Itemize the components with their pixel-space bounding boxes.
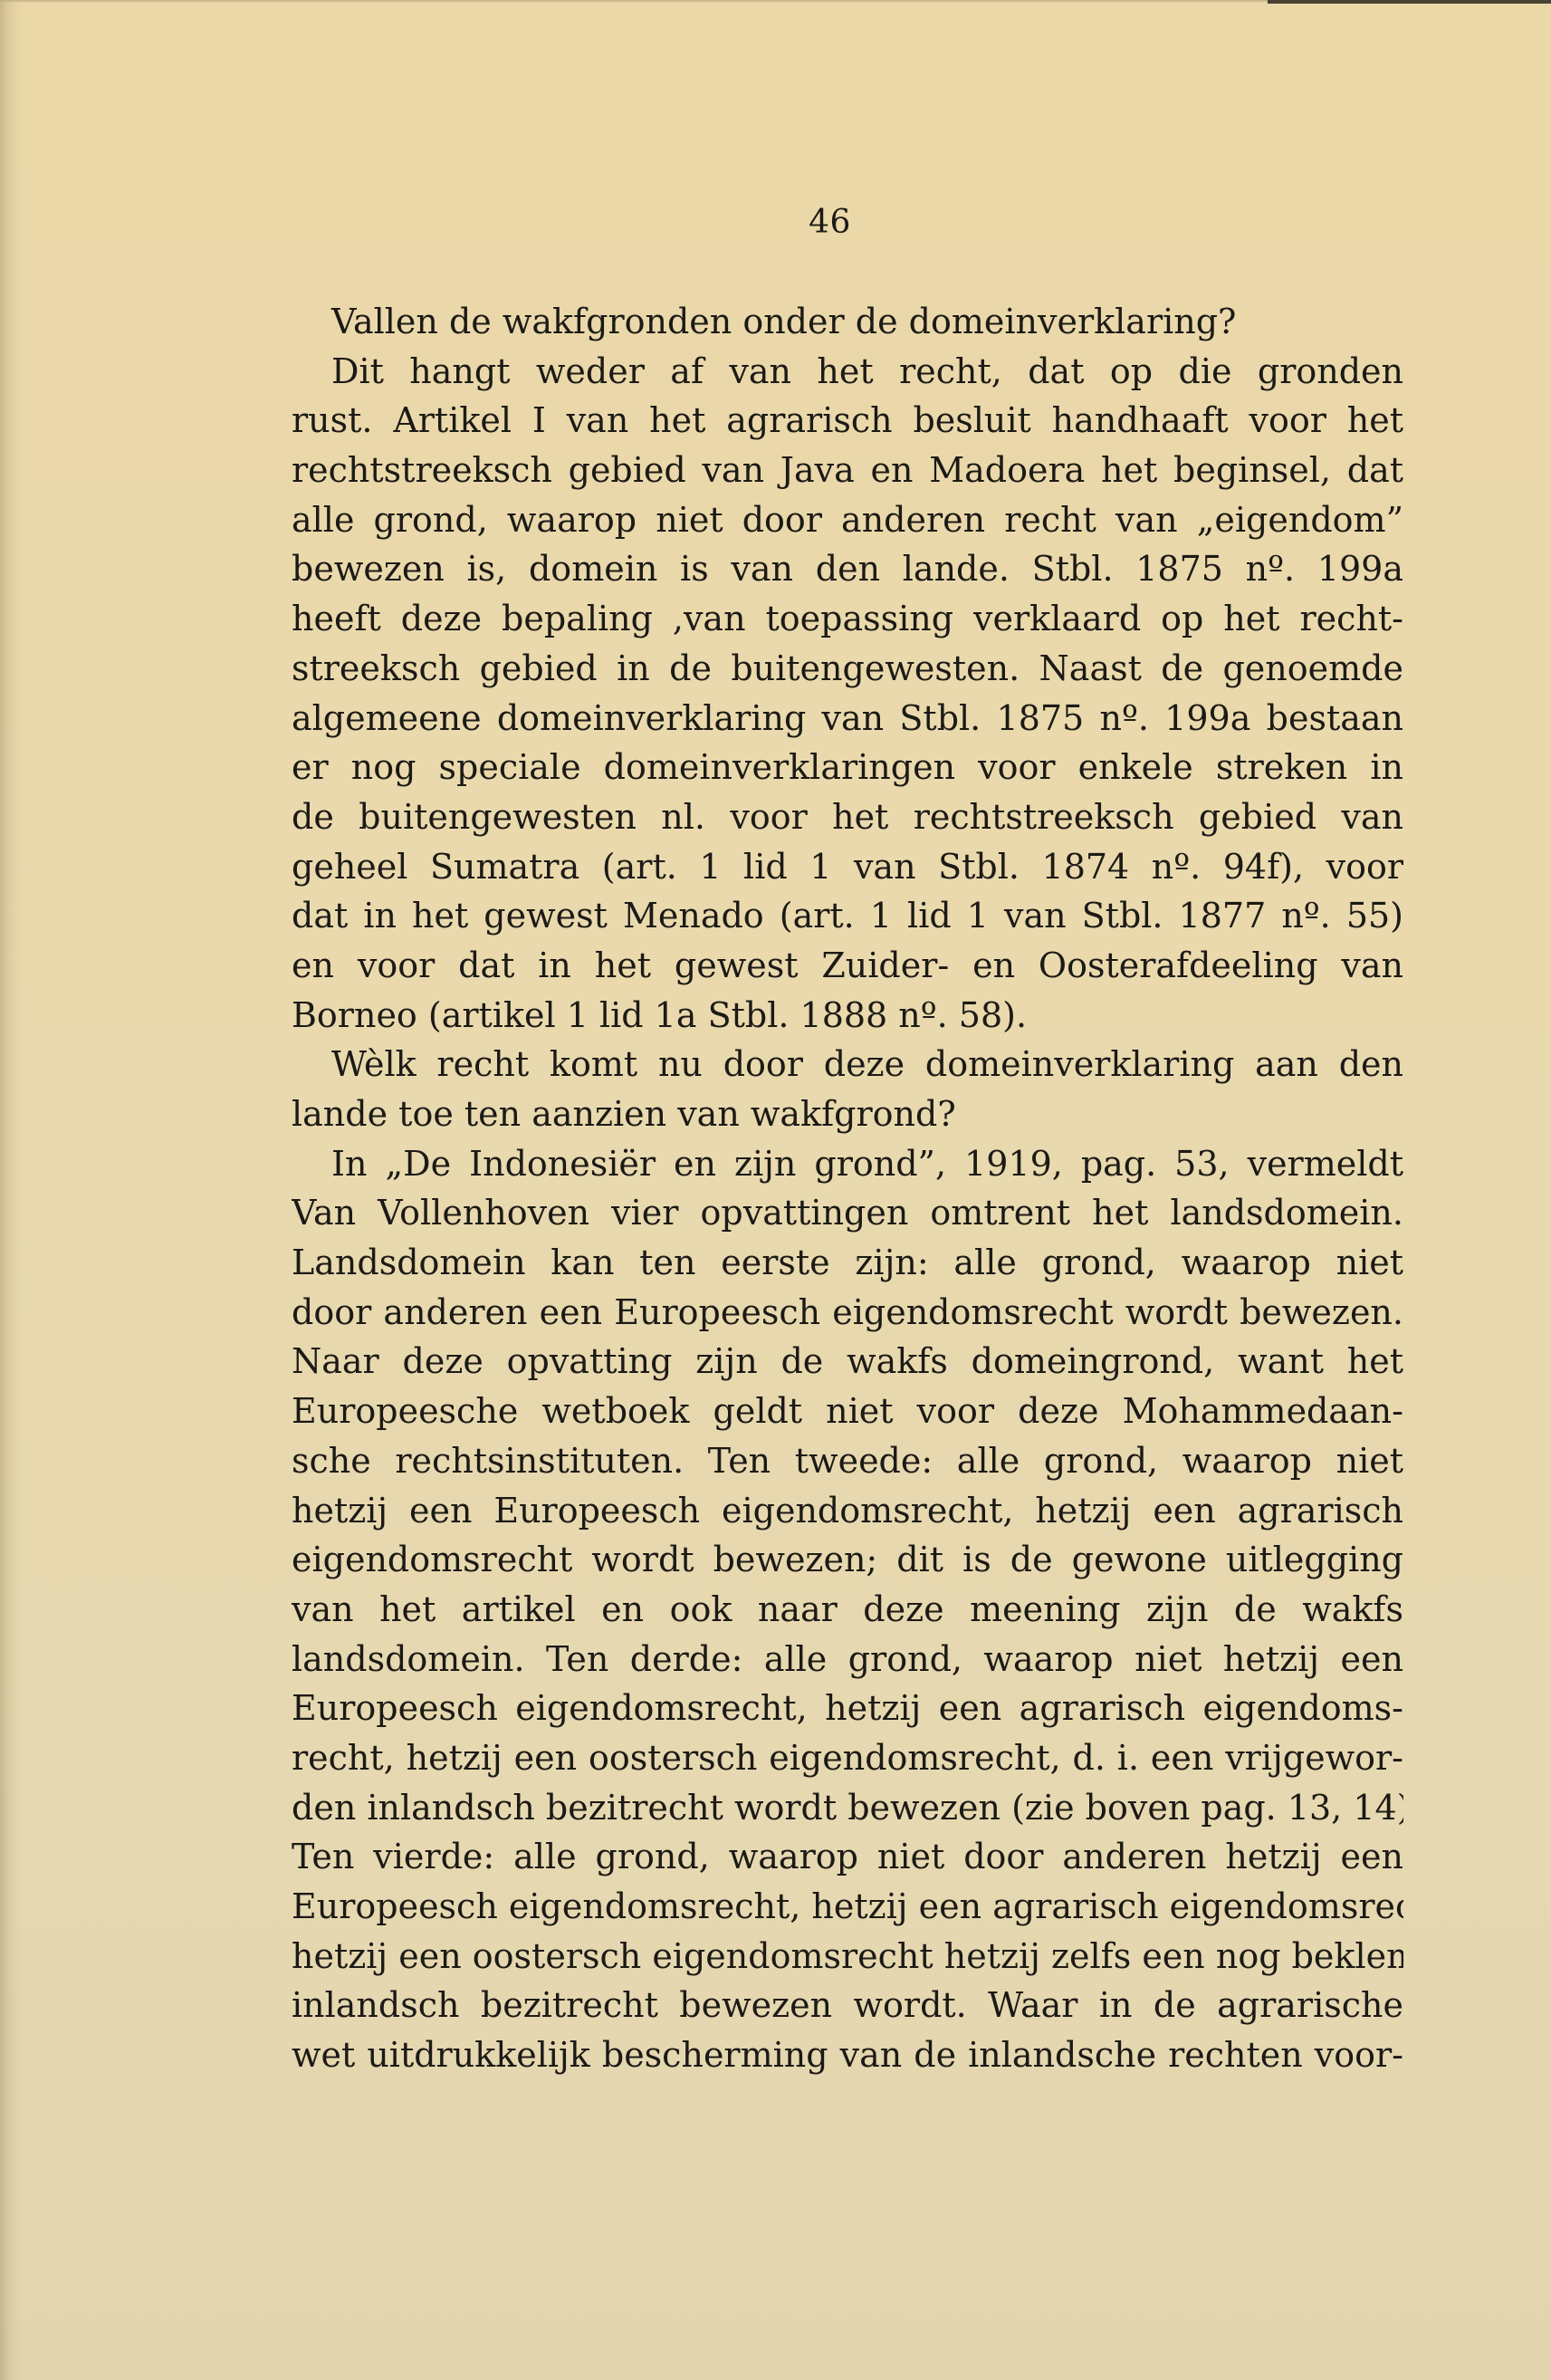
text-line: bewezen is, domein is van den lande. Stb…	[292, 544, 1403, 594]
text-line: hetzij een oostersch eigendomsrecht hetz…	[292, 1932, 1403, 1982]
text-line: rust. Artikel I van het agrarisch beslui…	[292, 396, 1403, 446]
text-line: Dit hangt weder af van het recht, dat op…	[292, 347, 1403, 397]
text-line: Europeesch eigendomsrecht, hetzij een ag…	[292, 1684, 1403, 1733]
text-line: er nog speciale domeinverklaringen voor …	[292, 743, 1403, 792]
text-line: eigendomsrecht wordt bewezen; dit is de …	[292, 1535, 1403, 1585]
text-line: dat in het gewest Menado (art. 1 lid 1 v…	[292, 891, 1403, 941]
text-line: geheel Sumatra (art. 1 lid 1 van Stbl. 1…	[292, 842, 1403, 892]
text-line: Europeesche wetboek geldt niet voor deze…	[292, 1387, 1403, 1436]
text-line: en voor dat in het gewest Zuider- en Oos…	[292, 941, 1403, 991]
text-line: den inlandsch bezitrecht wordt bewezen (…	[292, 1783, 1403, 1833]
text-line: wet uitdrukkelijk bescherming van de inl…	[292, 2030, 1403, 2080]
body-text: Vallen de wakfgronden onder de domeinver…	[292, 297, 1403, 2080]
text-line: hetzij een Europeesch eigendomsrecht, he…	[292, 1486, 1403, 1536]
text-line: lande toe ten aanzien van wakfgrond?	[292, 1089, 1403, 1139]
text-line: Europeesch eigendomsrecht, hetzij een ag…	[292, 1882, 1403, 1932]
text-line: Landsdomein kan ten eerste zijn: alle gr…	[292, 1238, 1403, 1288]
text-line: heeft deze bepaling ,van toepassing verk…	[292, 594, 1403, 644]
text-line: Vallen de wakfgronden onder de domeinver…	[292, 297, 1403, 347]
text-line: door anderen een Europeesch eigendomsrec…	[292, 1288, 1403, 1338]
text-line: Wèlk recht komt nu door deze domeinverkl…	[292, 1040, 1403, 1089]
page-number: 46	[0, 203, 1551, 243]
text-line: Naar deze opvatting zijn de wakfs domein…	[292, 1337, 1403, 1387]
text-line: algemeene domeinverklaring van Stbl. 187…	[292, 694, 1403, 744]
text-line: recht, hetzij een oostersch eigendomsrec…	[292, 1733, 1403, 1783]
text-line: sche rechtsinstituten. Ten tweede: alle …	[292, 1436, 1403, 1486]
text-line: alle grond, waarop niet door anderen rec…	[292, 495, 1403, 545]
page-top-dark-edge	[1268, 0, 1551, 4]
text-line: landsdomein. Ten derde: alle grond, waar…	[292, 1635, 1403, 1684]
text-line: de buitengewesten nl. voor het rechtstre…	[292, 792, 1403, 842]
scanned-book-page: 46 Vallen de wakfgronden onder de domein…	[0, 0, 1551, 2380]
text-line: In „De Indonesiër en zijn grond”, 1919, …	[292, 1139, 1403, 1189]
text-line: streeksch gebied in de buitengewesten. N…	[292, 644, 1403, 694]
page-top-edge	[0, 0, 1268, 2]
text-line: Van Vollenhoven vier opvattingen omtrent…	[292, 1188, 1403, 1238]
text-line: van het artikel en ook naar deze meening…	[292, 1585, 1403, 1635]
text-line: inlandsch bezitrecht bewezen wordt. Waar…	[292, 1981, 1403, 2030]
text-line: rechtstreeksch gebied van Java en Madoer…	[292, 446, 1403, 495]
text-line: Ten vierde: alle grond, waarop niet door…	[292, 1832, 1403, 1882]
text-line: Borneo (artikel 1 lid 1a Stbl. 1888 nº. …	[292, 991, 1403, 1041]
